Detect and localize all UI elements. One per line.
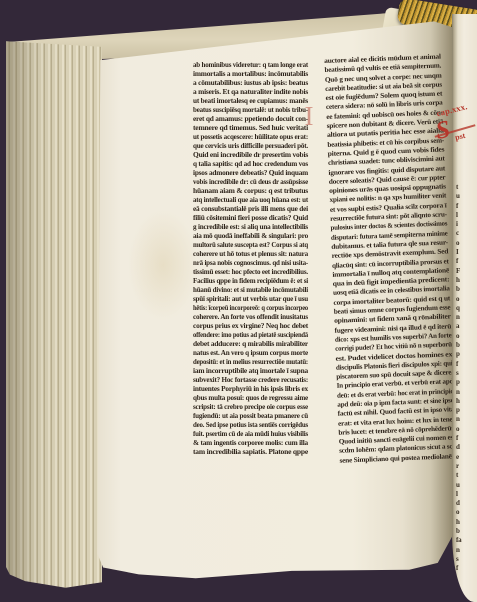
fore-edge-page-stack	[6, 38, 102, 590]
paper-stain	[128, 210, 198, 320]
book-photograph: ab hominibus videretur: q tam longe erat…	[0, 0, 477, 602]
red-margin-mark: I	[302, 99, 316, 133]
facing-page-text-fragments: tuflicoIfFhboqnaobpfspnhpnofdertuldohbfa…	[456, 183, 468, 575]
text-column-left: ab hominibus videretur: q tam longe erat…	[193, 61, 308, 457]
